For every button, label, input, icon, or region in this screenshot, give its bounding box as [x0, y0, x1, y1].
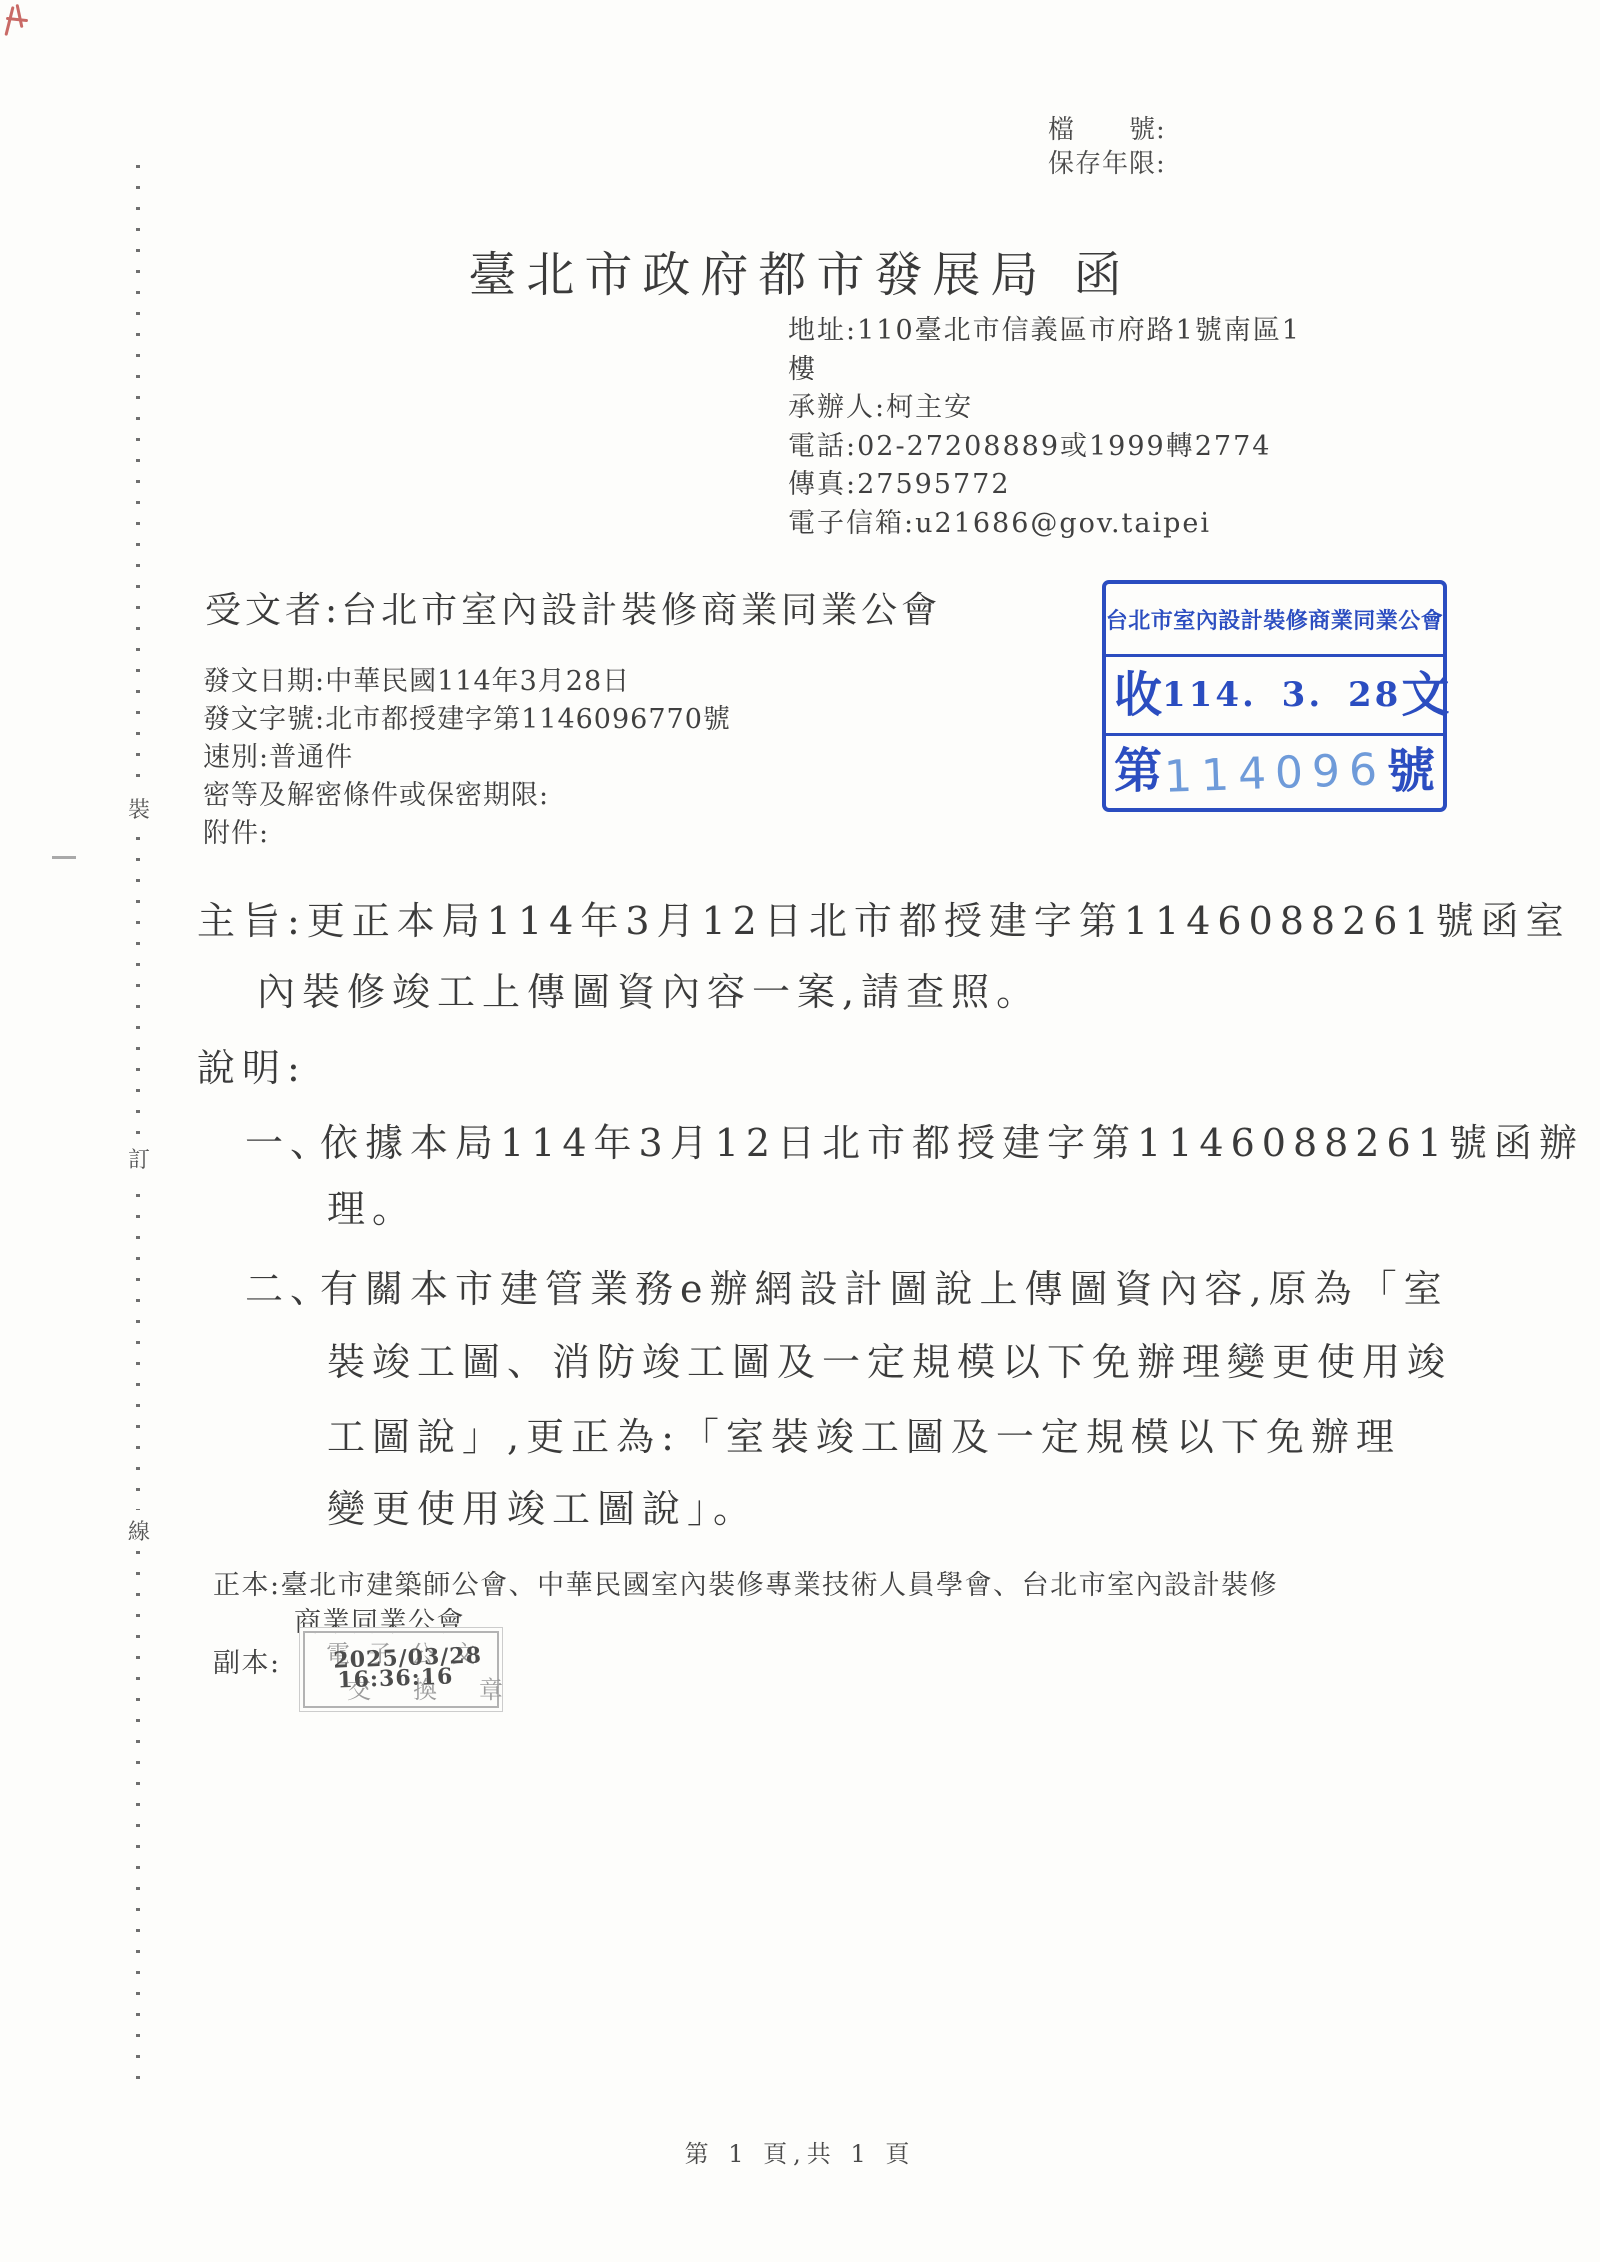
- received-stamp-org: 台北市室內設計裝修商業同業公會: [1106, 584, 1443, 657]
- item-2-text: 有關本市建管業務e辦網設計圖說上傳圖資內容,原為「室: [320, 1267, 1449, 1311]
- binding-dotted-line: [136, 165, 140, 2097]
- binding-mark-ding: 訂: [124, 1138, 154, 1179]
- official-letter-page: 裝 訂 線 檔 號: 保存年限: 臺北市政府都市發展局 函 地址:110臺北市信…: [0, 0, 1600, 2262]
- exchange-stamp-datetime: 2025/03/28 16:36:16: [317, 1645, 498, 1691]
- received-char: 收: [1114, 671, 1162, 719]
- retention-period-label: 保存年限:: [1048, 147, 1166, 181]
- explanation-item-1-line-1: 一、依據本局114年3月12日北市都授建字第1146088261號函辦: [245, 1112, 1584, 1167]
- recipient-line: 受文者:台北市室內設計裝修商業同業公會: [205, 582, 941, 633]
- binding-mark-zhuang: 裝: [124, 788, 154, 829]
- file-number-label: 檔 號:: [1048, 113, 1166, 147]
- original-copy-line-1: 正本:臺北市建築師公會、中華民國室內裝修專業技術人員學會、台北市室內設計裝修: [213, 1563, 1278, 1602]
- security-class: 密等及解密條件或保密期限:: [203, 777, 731, 815]
- item-1-marker: 一、: [245, 1112, 320, 1167]
- original-copy-label: 正本:: [213, 1570, 281, 1601]
- dispatch-number: 發文字號:北市都授建字第1146096770號: [203, 701, 731, 739]
- explanation-label: 說明:: [197, 1037, 307, 1092]
- file-number-block: 檔 號: 保存年限:: [1048, 113, 1166, 181]
- document-title: 臺北市政府都市發展局 函: [0, 236, 1600, 305]
- corner-scan-mark: [6, 4, 36, 44]
- sender-address-line1: 地址:110臺北市信義區市府路1號南區1: [788, 312, 1301, 351]
- received-stamp-number-row: 第 114096 號: [1106, 736, 1443, 806]
- received-stamp: 台北市室內設計裝修商業同業公會 收 114. 3. 28 文 第 114096 …: [1102, 580, 1447, 812]
- received-stamp-date-row: 收 114. 3. 28 文: [1106, 657, 1443, 736]
- dispatch-meta-block: 發文日期:中華民國114年3月28日 發文字號:北市都授建字第114609677…: [203, 663, 731, 853]
- page-footer: 第 1 頁,共 1 頁: [0, 2134, 1600, 2169]
- sender-fax: 傳真:27595772: [788, 466, 1301, 505]
- explanation-item-2-line-1: 二、有關本市建管業務e辦網設計圖說上傳圖資內容,原為「室: [245, 1258, 1449, 1313]
- item-1-text: 依據本局114年3月12日北市都授建字第1146088261號函辦: [320, 1121, 1584, 1165]
- fold-mark: [52, 856, 76, 859]
- received-date: 114. 3. 28: [1162, 675, 1401, 715]
- item-2-marker: 二、: [245, 1258, 320, 1313]
- speed-class: 速別:普通件: [203, 739, 731, 777]
- number-prefix-char: 第: [1114, 747, 1162, 795]
- explanation-item-2-line-2: 裝竣工圖、消防竣工圖及一定規模以下免辦理變更使用竣: [327, 1331, 1452, 1386]
- sender-phone: 電話:02-27208889或1999轉2774: [788, 428, 1301, 467]
- dispatch-date: 發文日期:中華民國114年3月28日: [203, 663, 731, 701]
- cc-copy-label: 副本:: [213, 1641, 281, 1680]
- subject-line-1: 主旨:更正本局114年3月12日北市都授建字第1146088261號函室: [197, 890, 1571, 945]
- sender-address-line2: 樓: [788, 351, 1301, 390]
- subject-line-2: 內裝修竣工上傳圖資內容一案,請查照。: [257, 961, 1041, 1016]
- sender-contact-block: 地址:110臺北市信義區市府路1號南區1 樓 承辦人:柯主安 電話:02-272…: [788, 312, 1301, 543]
- handwritten-receive-number: 114096: [1163, 744, 1387, 803]
- explanation-item-1-line-2: 理。: [327, 1178, 417, 1233]
- attachment-label: 附件:: [203, 815, 731, 853]
- sender-email: 電子信箱:u21686@gov.taipei: [788, 505, 1301, 544]
- explanation-item-2-line-4: 變更使用竣工圖說」。: [327, 1478, 758, 1533]
- binding-mark-xian: 線: [124, 1510, 154, 1551]
- original-copy-recipients: 臺北市建築師公會、中華民國室內裝修專業技術人員學會、台北市室內設計裝修: [281, 1570, 1279, 1601]
- number-suffix-char: 號: [1387, 747, 1435, 795]
- doc-char: 文: [1401, 671, 1449, 719]
- explanation-item-2-line-3: 工圖說」,更正為:「室裝竣工圖及一定規模以下免辦理: [327, 1406, 1401, 1461]
- sender-contact-person: 承辦人:柯主安: [788, 389, 1301, 428]
